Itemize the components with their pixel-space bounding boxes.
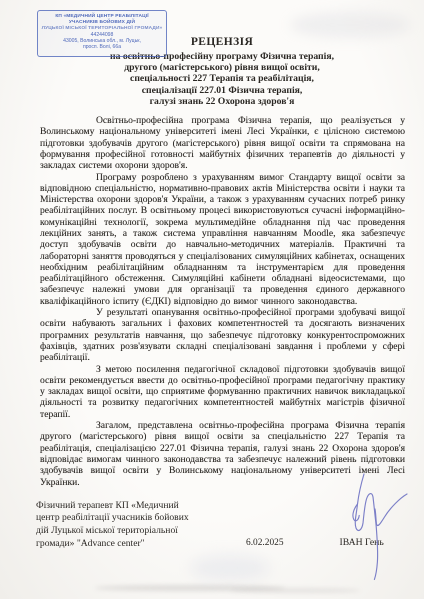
- body-paragraph: Освітньо-професійна програма Фізична тер…: [40, 115, 405, 171]
- body-paragraph: Загалом, представлена освітньо-професійн…: [40, 420, 405, 488]
- review-body: Освітньо-професійна програма Фізична тер…: [40, 115, 405, 488]
- title-line: другого (магістерського) рівня вищої осв…: [40, 62, 404, 73]
- scanned-review-document: КП «МЕДИЧНИЙ ЦЕНТР РЕАБІЛІТАЦІЇ УЧАСНИКІ…: [0, 0, 424, 599]
- body-paragraph: З метою посилення педагогічної складової…: [40, 364, 405, 420]
- reviewer-position: Фізичний терапевт КП «Медичний центр реа…: [36, 500, 208, 550]
- reviewer-name: ІВАН Гень: [340, 537, 384, 550]
- scan-smudge: [230, 588, 360, 593]
- title-line: спеціалізації 227.01 Фізична терапія,: [40, 85, 404, 96]
- body-paragraph: Програму розроблено з урахуванням вимог …: [40, 172, 405, 308]
- reviewer-position-line: громади» "Advance center": [36, 538, 208, 551]
- scan-smudge: [190, 555, 270, 581]
- title-line: спеціальності 227 Терапія та реабілітаці…: [40, 73, 404, 84]
- institution-stamp: КП «МЕДИЧНИЙ ЦЕНТР РЕАБІЛІТАЦІЇ УЧАСНИКІ…: [37, 10, 167, 57]
- stamp-address-line: просп. Волі, 66а: [38, 44, 166, 50]
- body-paragraph: У результаті опанування освітньо-професі…: [40, 307, 405, 363]
- reviewer-position-line: дій Луцької міської територіальної: [36, 525, 208, 538]
- review-date: 6.02.2025: [246, 538, 284, 550]
- signature-block: Фізичний терапевт КП «Медичний центр реа…: [36, 500, 405, 550]
- reviewer-position-line: центр реабілітації учасників бойових: [36, 512, 208, 525]
- reviewer-position-line: Фізичний терапевт КП «Медичний: [36, 500, 208, 513]
- scan-smudge: [290, 12, 410, 38]
- title-line: галузі знань 22 Охорона здоров'я: [40, 96, 404, 107]
- stamp-line: ЛУЦЬКОЇ МІСЬКОЇ ТЕРИТОРІАЛЬНОЇ ГРОМАДИ»: [38, 26, 166, 32]
